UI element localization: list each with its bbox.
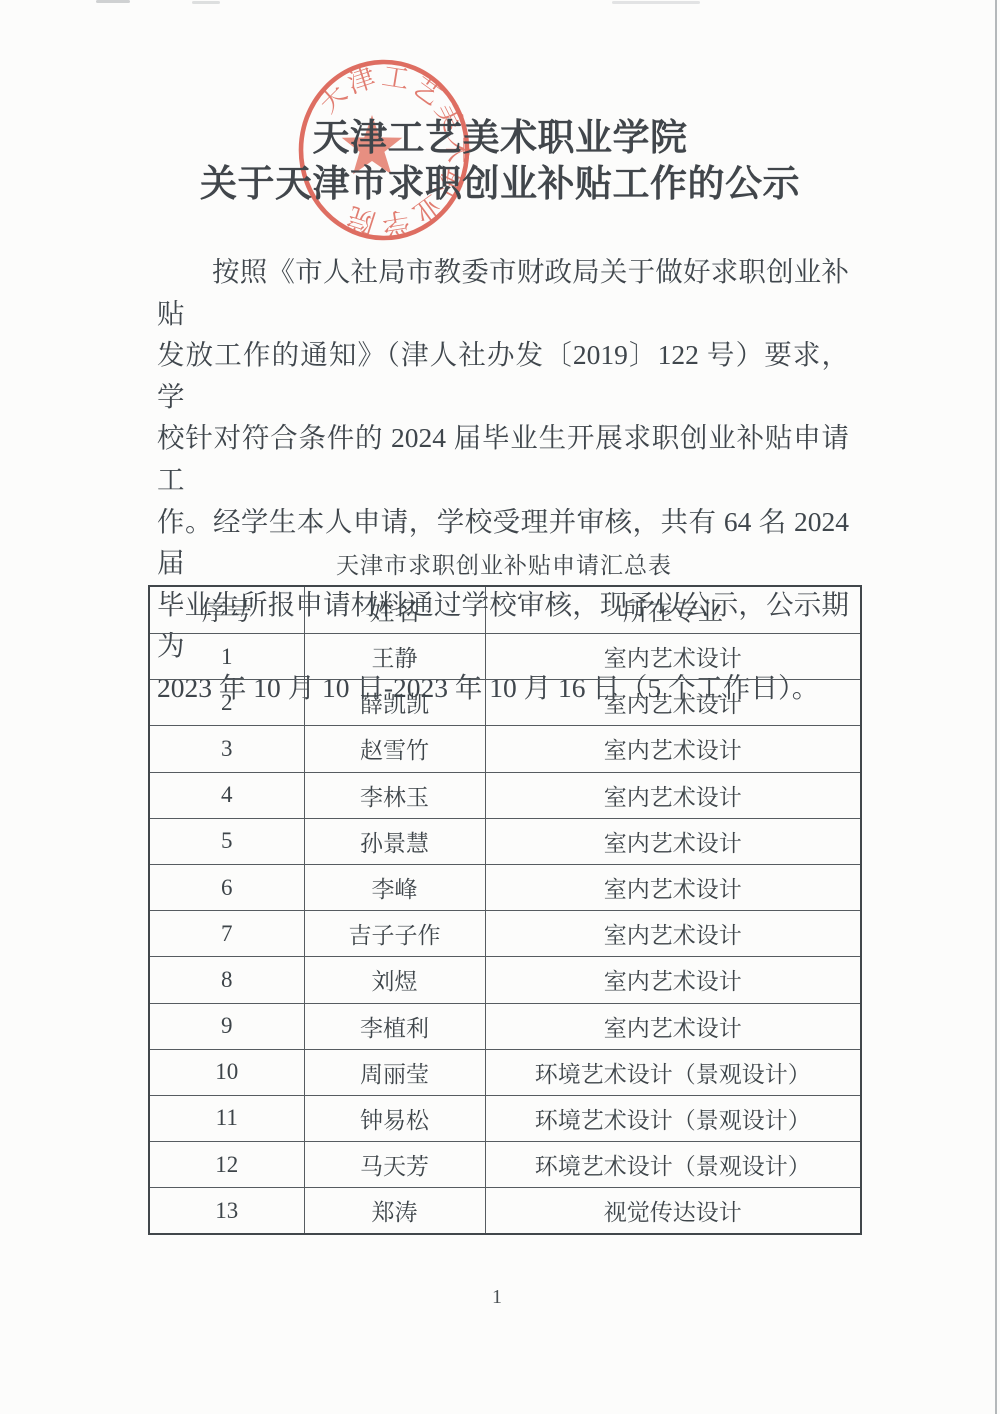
cell-serial-number: 3 (149, 726, 304, 772)
table-row: 4李林玉室内艺术设计 (149, 772, 861, 818)
cell-major: 环境艺术设计（景观设计） (485, 1049, 861, 1095)
header-major: 所在专业 (485, 586, 861, 634)
cell-major: 室内艺术设计 (485, 1003, 861, 1049)
body-line: 作。经学生本人申请，学校受理并审核，共有 64 名 2024 届 (157, 501, 849, 584)
cell-major: 环境艺术设计（景观设计） (485, 1142, 861, 1188)
cell-name: 李峰 (304, 864, 485, 910)
cell-name: 王静 (304, 634, 485, 680)
title-line-1: 天津工艺美术职业学院 (0, 116, 1000, 162)
table-row: 3赵雪竹室内艺术设计 (149, 726, 861, 772)
table-header-row: 序号 姓名 所在专业 (149, 586, 861, 634)
scan-edge-line (995, 0, 997, 1414)
table-row: 7吉子子作室内艺术设计 (149, 911, 861, 957)
cell-major: 室内艺术设计 (485, 772, 861, 818)
cell-name: 郑涛 (304, 1188, 485, 1235)
header-serial-number: 序号 (149, 586, 304, 634)
cell-major: 视觉传达设计 (485, 1188, 861, 1235)
cell-serial-number: 7 (149, 911, 304, 957)
table-row: 12马天芳环境艺术设计（景观设计） (149, 1142, 861, 1188)
table-row: 8刘煜室内艺术设计 (149, 957, 861, 1003)
cell-serial-number: 2 (149, 680, 304, 726)
table-row: 9李植利室内艺术设计 (149, 1003, 861, 1049)
cell-name: 孙景慧 (304, 818, 485, 864)
document-page: 天津工艺美术职业学院 天津工艺美术职业学院 关于天津市求职创业补贴工作的公示 按… (0, 0, 1000, 1414)
cell-major: 室内艺术设计 (485, 818, 861, 864)
page-number: 1 (0, 1286, 994, 1309)
cell-serial-number: 1 (149, 634, 304, 680)
cell-serial-number: 12 (149, 1142, 304, 1188)
cell-serial-number: 11 (149, 1095, 304, 1141)
scan-artifact (96, 0, 130, 3)
cell-serial-number: 8 (149, 957, 304, 1003)
cell-name: 李林玉 (304, 772, 485, 818)
table-row: 11钟易松环境艺术设计（景观设计） (149, 1095, 861, 1141)
cell-major: 室内艺术设计 (485, 911, 861, 957)
cell-name: 钟易松 (304, 1095, 485, 1141)
cell-major: 室内艺术设计 (485, 957, 861, 1003)
table-row: 1王静室内艺术设计 (149, 634, 861, 680)
cell-major: 室内艺术设计 (485, 634, 861, 680)
cell-serial-number: 13 (149, 1188, 304, 1235)
cell-serial-number: 4 (149, 772, 304, 818)
cell-name: 吉子子作 (304, 911, 485, 957)
table-body: 1王静室内艺术设计2薛凯凯室内艺术设计3赵雪竹室内艺术设计4李林玉室内艺术设计5… (149, 634, 861, 1235)
cell-major: 室内艺术设计 (485, 726, 861, 772)
table-row: 2薛凯凯室内艺术设计 (149, 680, 861, 726)
table-row: 5孙景慧室内艺术设计 (149, 818, 861, 864)
title-line-2: 关于天津市求职创业补贴工作的公示 (0, 162, 1000, 208)
cell-serial-number: 5 (149, 818, 304, 864)
cell-name: 周丽莹 (304, 1049, 485, 1095)
cell-name: 马天芳 (304, 1142, 485, 1188)
cell-name: 赵雪竹 (304, 726, 485, 772)
body-line: 按照《市人社局市教委市财政局关于做好求职创业补贴 (157, 251, 849, 334)
table-row: 6李峰室内艺术设计 (149, 864, 861, 910)
cell-name: 李植利 (304, 1003, 485, 1049)
header-name: 姓名 (304, 586, 485, 634)
body-line: 校针对符合条件的 2024 届毕业生开展求职创业补贴申请工 (157, 417, 849, 500)
document-title: 天津工艺美术职业学院 关于天津市求职创业补贴工作的公示 (0, 116, 1000, 208)
table-row: 13郑涛视觉传达设计 (149, 1188, 861, 1235)
scan-artifact (192, 1, 220, 4)
applicant-table: 序号 姓名 所在专业 1王静室内艺术设计2薛凯凯室内艺术设计3赵雪竹室内艺术设计… (148, 585, 862, 1235)
cell-serial-number: 6 (149, 864, 304, 910)
cell-major: 室内艺术设计 (485, 680, 861, 726)
cell-name: 刘煜 (304, 957, 485, 1003)
cell-name: 薛凯凯 (304, 680, 485, 726)
table-row: 10周丽莹环境艺术设计（景观设计） (149, 1049, 861, 1095)
cell-serial-number: 9 (149, 1003, 304, 1049)
cell-major: 室内艺术设计 (485, 864, 861, 910)
scan-artifact (612, 1, 700, 4)
body-line: 发放工作的通知》（津人社办发〔2019〕122 号）要求，学 (157, 334, 849, 417)
cell-major: 环境艺术设计（景观设计） (485, 1095, 861, 1141)
cell-serial-number: 10 (149, 1049, 304, 1095)
